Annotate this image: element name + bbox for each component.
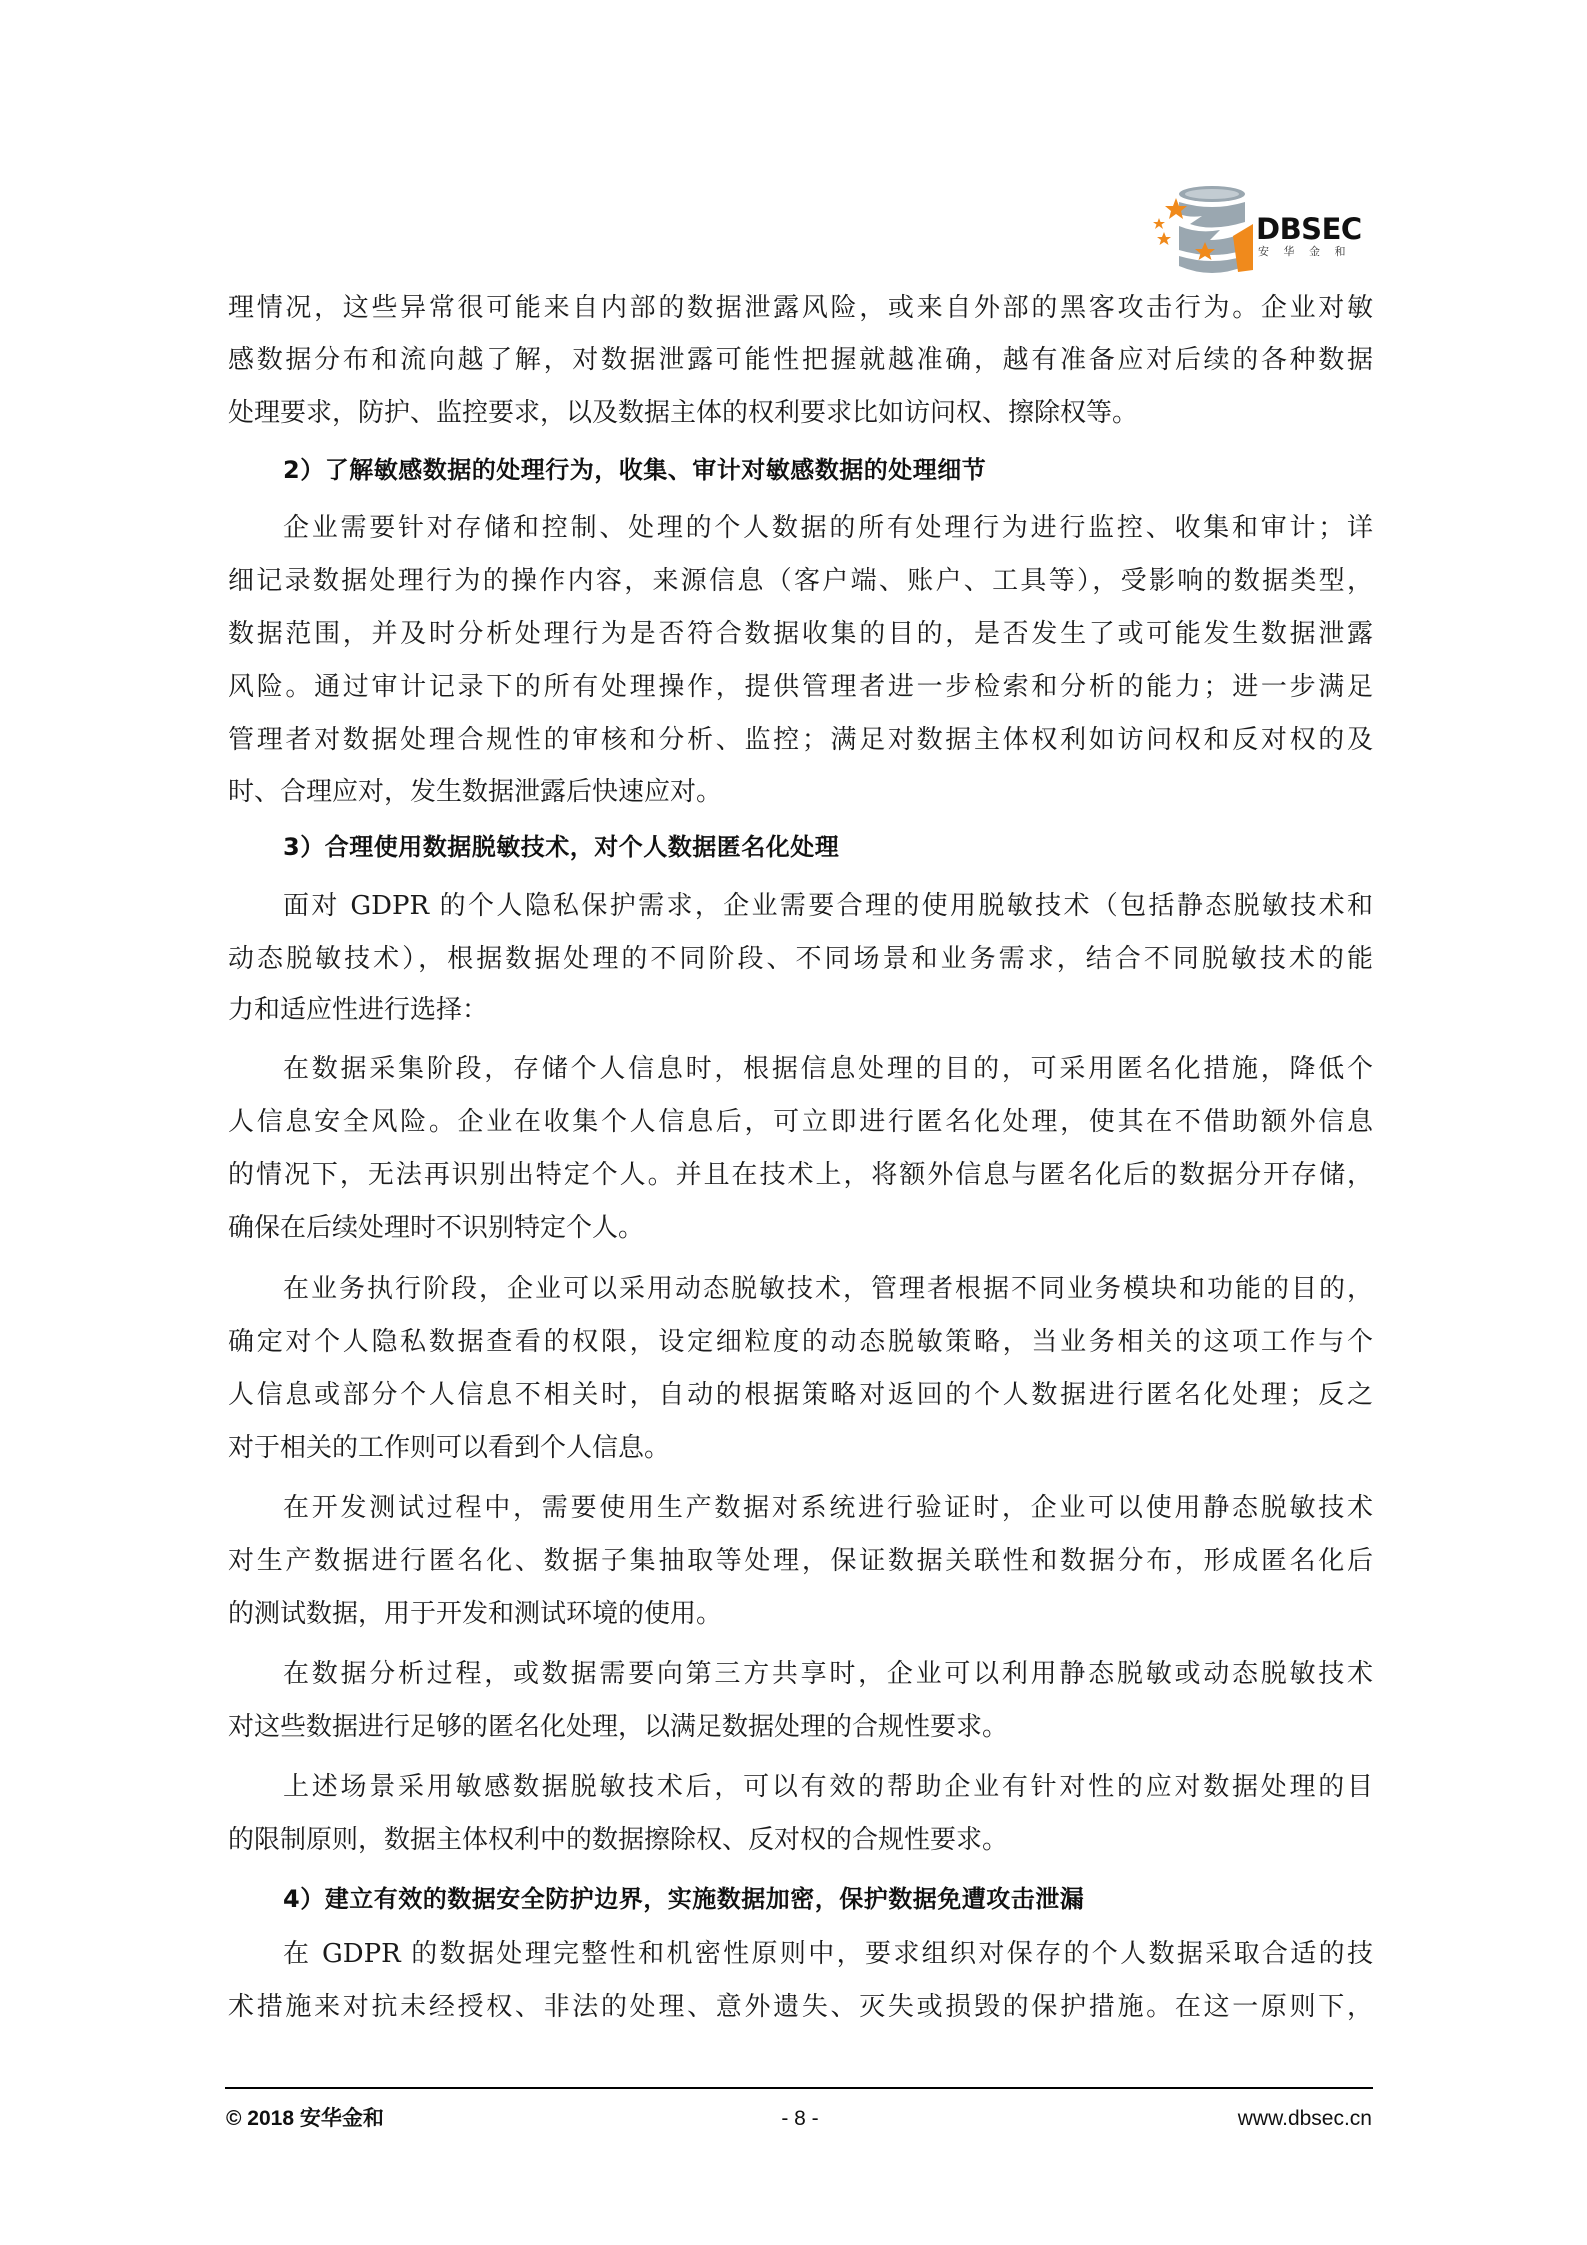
paragraph-line: 感数据分布和流向越了解，对数据泄露可能性把握就越准确，越有准备应对后续的各种数据 xyxy=(228,345,1373,375)
paragraph-line: 力和适应性进行选择： xyxy=(228,995,1373,1025)
paragraph-line: 在 GDPR 的数据处理完整性和机密性原则中，要求组织对保存的个人数据采取合适的… xyxy=(228,1939,1373,1969)
section-heading: 2）了解敏感数据的处理行为，收集、审计对敏感数据的处理细节 xyxy=(228,455,1373,485)
paragraph-line: 在业务执行阶段，企业可以采用动态脱敏技术，管理者根据不同业务模块和功能的目的， xyxy=(228,1274,1373,1304)
paragraph-line: 动态脱敏技术），根据数据处理的不同阶段、不同场景和业务需求，结合不同脱敏技术的能 xyxy=(228,944,1373,974)
paragraph-line: 理情况，这些异常很可能来自内部的数据泄露风险，或来自外部的黑客攻击行为。企业对敏 xyxy=(228,293,1373,323)
paragraph-line: 人信息或部分个人信息不相关时，自动的根据策略对返回的个人数据进行匿名化处理；反之 xyxy=(228,1380,1373,1410)
section-heading: 4）建立有效的数据安全防护边界，实施数据加密，保护数据免遭攻击泄漏 xyxy=(228,1884,1373,1914)
paragraph-line: 处理要求，防护、监控要求，以及数据主体的权利要求比如访问权、擦除权等。 xyxy=(228,398,1373,428)
paragraph-line: 企业需要针对存储和控制、处理的个人数据的所有处理行为进行监控、收集和审计；详 xyxy=(228,513,1373,543)
paragraph-line: 数据范围，并及时分析处理行为是否符合数据收集的目的，是否发生了或可能发生数据泄露 xyxy=(228,619,1373,649)
section-heading: 3）合理使用数据脱敏技术，对个人数据匿名化处理 xyxy=(228,832,1373,862)
footer-divider xyxy=(225,2087,1373,2089)
paragraph-line: 在开发测试过程中，需要使用生产数据对系统进行验证时，企业可以使用静态脱敏技术 xyxy=(228,1493,1373,1523)
paragraph-line: 的限制原则，数据主体权利中的数据擦除权、反对权的合规性要求。 xyxy=(228,1825,1373,1855)
paragraph-line: 对生产数据进行匿名化、数据子集抽取等处理，保证数据关联性和数据分布，形成匿名化后 xyxy=(228,1546,1373,1576)
paragraph-line: 确定对个人隐私数据查看的权限，设定细粒度的动态脱敏策略，当业务相关的这项工作与个 xyxy=(228,1327,1373,1357)
paragraph-line: 上述场景采用敏感数据脱敏技术后，可以有效的帮助企业有针对性的应对数据处理的目 xyxy=(228,1772,1373,1802)
footer-page-number: - 8 - xyxy=(775,2106,825,2132)
paragraph-line: 的情况下，无法再识别出特定个人。并且在技术上，将额外信息与匿名化后的数据分开存储… xyxy=(228,1160,1373,1190)
paragraph-line: 对于相关的工作则可以看到个人信息。 xyxy=(228,1433,1373,1463)
paragraph-line: 在数据采集阶段，存储个人信息时，根据信息处理的目的，可采用匿名化措施，降低个 xyxy=(228,1054,1373,1084)
dbsec-logo: DBSEC 安华金和 xyxy=(1150,180,1375,280)
paragraph-line: 管理者对数据处理合规性的审核和分析、监控；满足对数据主体权利如访问权和反对权的及 xyxy=(228,725,1373,755)
paragraph-line: 人信息安全风险。企业在收集个人信息后，可立即进行匿名化处理，使其在不借助额外信息 xyxy=(228,1107,1373,1137)
footer-website: www.dbsec.cn xyxy=(1172,2106,1372,2132)
database-stars-icon xyxy=(1150,180,1255,280)
paragraph-line: 对这些数据进行足够的匿名化处理，以满足数据处理的合规性要求。 xyxy=(228,1712,1373,1742)
paragraph-line: 的测试数据，用于开发和测试环境的使用。 xyxy=(228,1599,1373,1629)
logo-brand-name: DBSEC xyxy=(1256,214,1362,244)
paragraph-line: 风险。通过审计记录下的所有处理操作，提供管理者进一步检索和分析的能力；进一步满足 xyxy=(228,672,1373,702)
paragraph-line: 细记录数据处理行为的操作内容，来源信息（客户端、账户、工具等），受影响的数据类型… xyxy=(228,566,1373,596)
paragraph-line: 面对 GDPR 的个人隐私保护需求，企业需要合理的使用脱敏技术（包括静态脱敏技术… xyxy=(228,891,1373,921)
footer-copyright: © 2018 安华金和 xyxy=(226,2106,384,2132)
paragraph-line: 在数据分析过程，或数据需要向第三方共享时，企业可以利用静态脱敏或动态脱敏技术 xyxy=(228,1659,1373,1689)
logo-subtitle: 安华金和 xyxy=(1258,246,1360,258)
paragraph-line: 确保在后续处理时不识别特定个人。 xyxy=(228,1213,1373,1243)
paragraph-line: 时、合理应对，发生数据泄露后快速应对。 xyxy=(228,777,1373,807)
paragraph-line: 术措施来对抗未经授权、非法的处理、意外遗失、灭失或损毁的保护措施。在这一原则下， xyxy=(228,1992,1373,2022)
